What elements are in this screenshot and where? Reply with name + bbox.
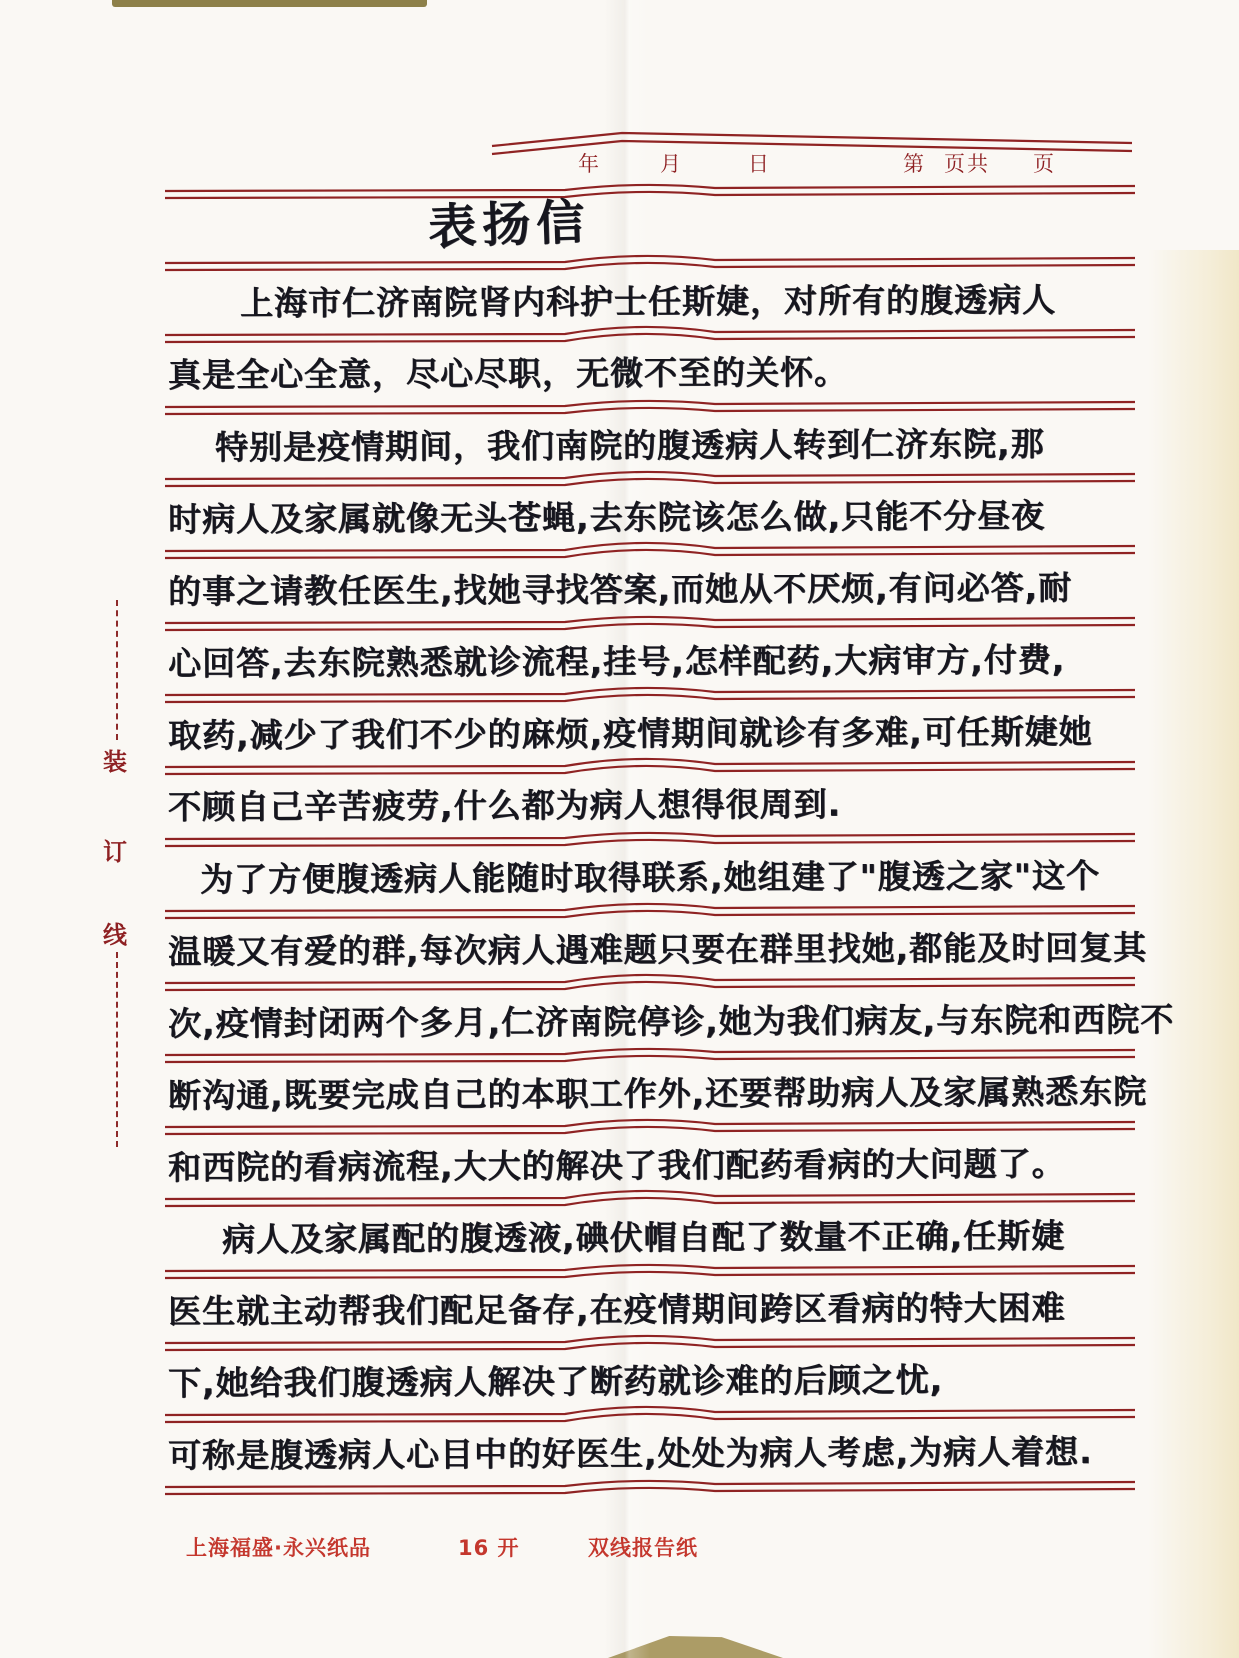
body-line: 真是全心全意，尽心尽职，无微不至的关怀。	[168, 347, 848, 397]
binding-char-zhuang: 装	[103, 742, 127, 777]
day-label: 日	[748, 148, 771, 178]
month-label: 月	[660, 148, 683, 178]
body-line: 下,她给我们腹透病人解决了断药就诊难的后顾之忧,	[168, 1354, 943, 1404]
body-line: 不顾自己辛苦疲劳,什么都为病人想得很周到.	[168, 779, 841, 829]
body-line: 取药,减少了我们不少的麻烦,疫情期间就诊有多难,可任斯婕她	[168, 706, 1093, 757]
body-line: 为了方便腹透病人能随时取得联系,她组建了"腹透之家"这个	[200, 850, 1100, 901]
body-line: 心回答,去东院熟悉就诊流程,挂号,怎样配药,大病审方,付费,	[168, 634, 1065, 685]
body-line: 特别是疫情期间，我们南院的腹透病人转到仁济东院,那	[215, 418, 1045, 469]
page-of-label: 页共	[944, 148, 990, 178]
body-line: 医生就主动帮我们配足备存,在疫情期间跨区看病的特大困难	[168, 1282, 1066, 1333]
binding-char-ding: 订	[103, 832, 127, 867]
page-end-label: 页	[1033, 148, 1056, 178]
body-line: 时病人及家属就像无头苍蝇,去东院该怎么做,只能不分昼夜	[168, 490, 1045, 541]
paper-format-label: 16 开	[458, 1532, 520, 1562]
sheet-label: 第	[903, 148, 926, 178]
year-label: 年	[578, 148, 601, 178]
paper-type-label: 双线报告纸	[588, 1532, 698, 1562]
binding-dash-lower	[116, 952, 118, 1147]
body-line: 断沟通,既要完成自己的本职工作外,还要帮助病人及家属熟悉东院	[168, 1066, 1147, 1117]
letter-title: 表扬信	[427, 183, 591, 258]
body-line: 病人及家属配的腹透液,碘伏帽自配了数量不正确,任斯婕	[222, 1210, 1065, 1261]
body-line: 次,疫情封闭两个多月,仁济南院停诊,她为我们病友,与东院和西院不	[168, 994, 1174, 1045]
handwritten-letter-page: 年 月 日 第 页共 页 装 订 线 表扬信 上海市仁济南院肾内科护士任斯婕，对…	[0, 0, 1239, 1658]
body-line: 的事之请教任医生,找她寻找答案,而她从不厌烦,有问必答,耐	[168, 562, 1072, 613]
body-line: 上海市仁济南院肾内科护士任斯婕，对所有的腹透病人	[240, 274, 1056, 325]
ruled-lines	[0, 0, 1239, 1658]
binding-char-xian: 线	[103, 915, 127, 950]
body-line: 和西院的看病流程,大大的解决了我们配药看病的大问题了。	[168, 1138, 1066, 1189]
paper-brand-label: 上海福盛·永兴纸品	[186, 1532, 371, 1562]
binding-dash-upper	[116, 600, 118, 740]
body-line: 可称是腹透病人心目中的好医生,处处为病人考虑,为病人着想.	[168, 1426, 1093, 1477]
body-line: 温暖又有爱的群,每次病人遇难题只要在群里找她,都能及时回复其	[168, 922, 1147, 973]
